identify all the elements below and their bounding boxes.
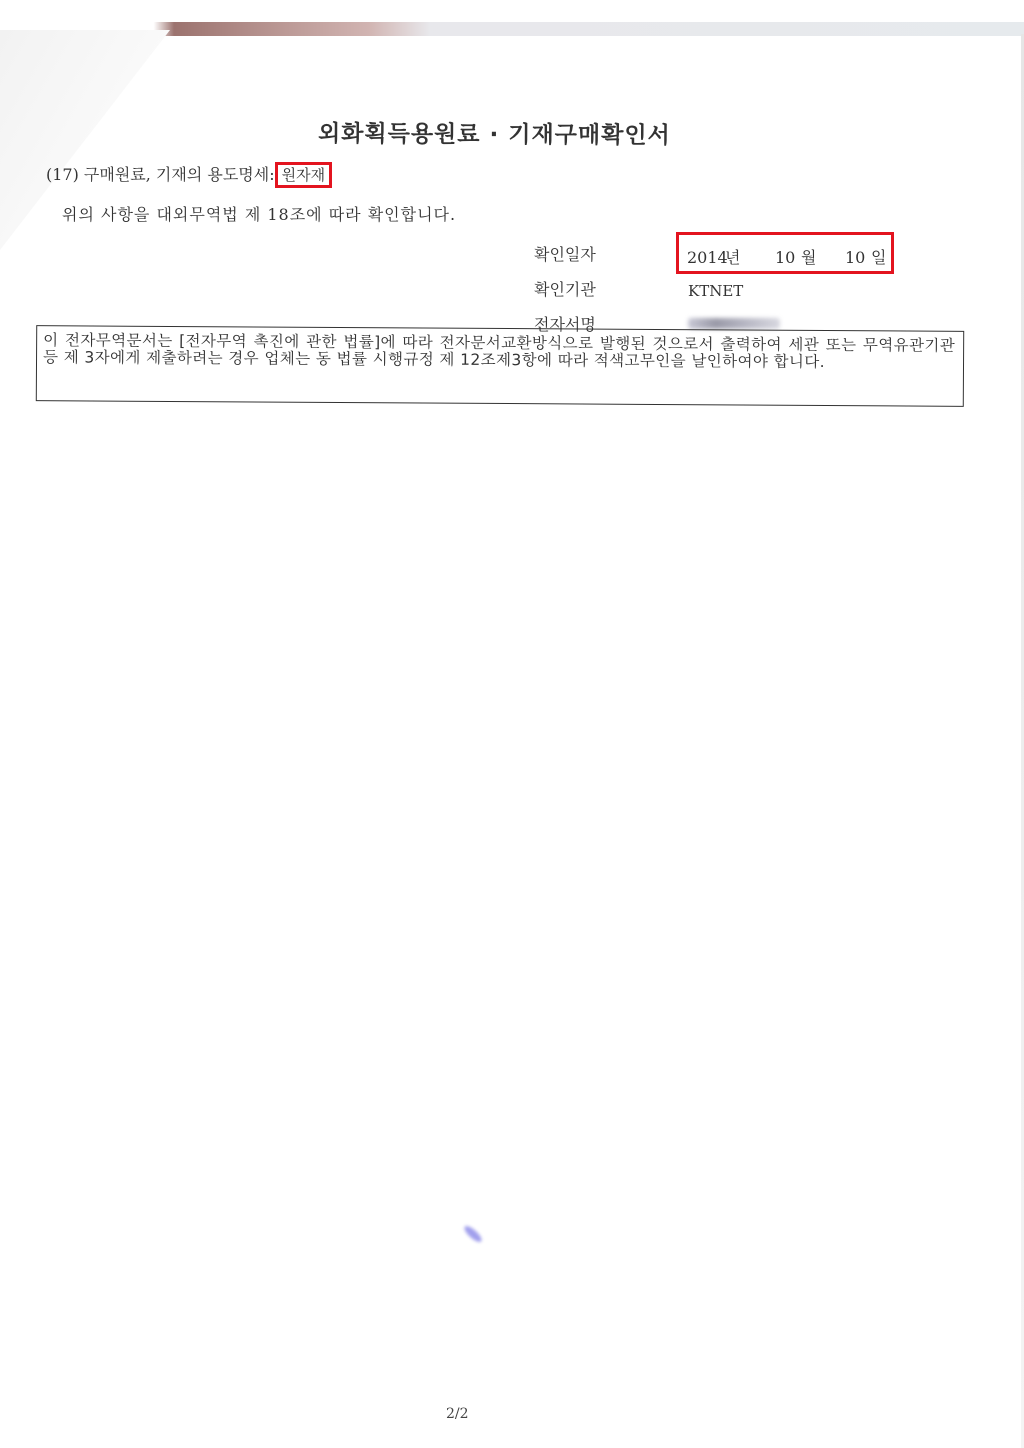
item-17-value-highlight: 원자재 — [275, 162, 332, 188]
legal-notice-box: 이 전자무역문서는 [전자무역 촉진에 관한 법률]에 따라 전자문서교환방식으… — [36, 325, 964, 407]
date-month-unit: 월 — [801, 245, 845, 268]
item-17-label: (17) 구매원료, 기재의 용도명세: — [46, 165, 275, 184]
pen-mark — [462, 1224, 484, 1245]
confirmation-date-highlight: 2014년10월10일 — [676, 232, 894, 274]
confirmation-date-label: 확인일자 — [534, 242, 596, 265]
document-title: 외화획득용원료 · 기재구매확인서 — [318, 115, 698, 150]
confirmation-agency: KTNET — [688, 282, 743, 300]
confirmation-agency-label: 확인기관 — [534, 277, 596, 300]
date-day-unit: 일 — [871, 245, 886, 268]
document-page: 외화획득용원료 · 기재구매확인서 (17) 구매원료, 기재의 용도명세:원자… — [0, 34, 1024, 1448]
date-year: 2014 — [687, 248, 725, 267]
date-day: 10 — [845, 248, 871, 267]
electronic-signature-redacted — [688, 318, 780, 329]
item-17-line: (17) 구매원료, 기재의 용도명세:원자재 — [46, 162, 332, 188]
confirmation-statement: 위의 사항을 대외무역법 제 18조에 따라 확인합니다. — [62, 202, 456, 225]
page-number: 2/2 — [446, 1406, 469, 1422]
date-year-unit: 년 — [725, 245, 775, 268]
scan-background-top — [0, 0, 1024, 24]
date-month: 10 — [775, 248, 801, 267]
